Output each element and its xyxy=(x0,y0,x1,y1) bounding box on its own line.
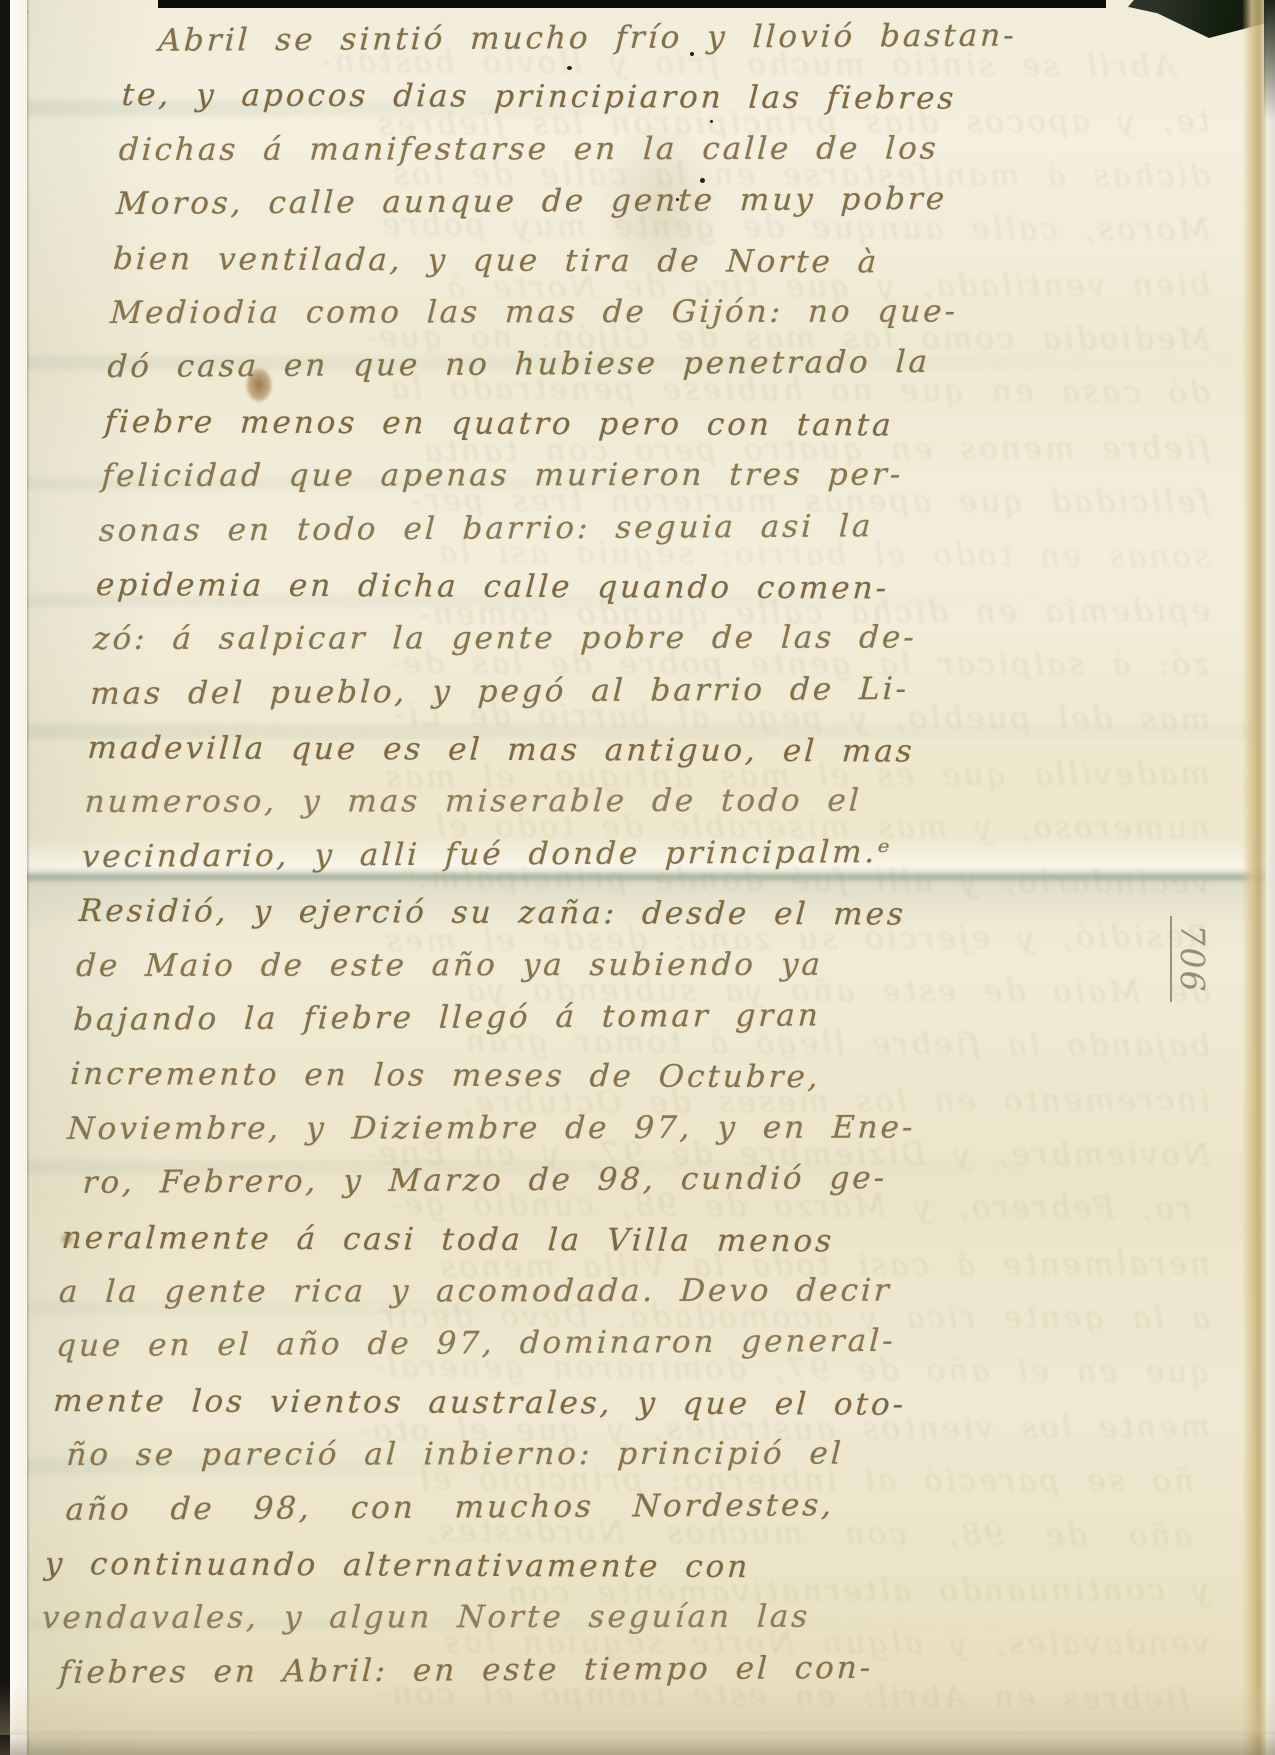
manuscript-line: y continuando alternativamente con xyxy=(43,1537,1106,1596)
manuscript-line: neralmente á casi toda la Villa menos xyxy=(60,1211,1123,1270)
manuscript-line: Residió, y ejerció su zaña: desde el mes xyxy=(77,884,1140,943)
manuscript-line: incremento en los meses de Octubre, xyxy=(69,1047,1132,1106)
manuscript-line: Abril se sintió mucho frío y llovió bast… xyxy=(123,8,1186,69)
manuscript-line: Noviembre, y Diziembre de 97, y en Ene- xyxy=(66,1100,1129,1156)
manuscript-line: mente los vientos australes, y que el ot… xyxy=(52,1374,1115,1433)
manuscript-line: dichas á manifestarse en la calle de los xyxy=(117,121,1180,177)
manuscript-line: te, y apocos dias principiaron las fiebr… xyxy=(120,68,1183,127)
manuscript-line: vendavales, y algun Norte seguían las xyxy=(41,1589,1104,1645)
manuscript-text: Abril se sintió mucho frío y llovió bast… xyxy=(38,14,1186,1700)
manuscript-line: que en el año de 97, dominaron general- xyxy=(55,1313,1118,1374)
manuscript-line: mas del pueblo, y pegó al barrio de Li- xyxy=(89,660,1152,721)
manuscript-line: sonas en todo el barrio: seguia asi la xyxy=(98,497,1161,558)
manuscript-line: madevilla que es el mas antiguo, el mas xyxy=(86,721,1149,780)
paper-edge-right xyxy=(1242,0,1266,1755)
manuscript-line: numeroso, y mas miserable de todo el xyxy=(83,774,1146,830)
manuscript-line: dó casa en que no hubiese penetrado la xyxy=(106,334,1169,395)
manuscript-line: ro, Febrero, y Marzo de 98, cundió ge- xyxy=(63,1150,1126,1211)
scan-edge-right xyxy=(1266,0,1275,1755)
manuscript-line: Mediodia como las mas de Gijón: no que- xyxy=(109,284,1172,340)
manuscript-line: fiebre menos en quatro pero con tanta xyxy=(103,395,1166,454)
manuscript-line: año de 98, con muchos Nordestes, xyxy=(46,1476,1109,1537)
paper-edge-left-shadow xyxy=(27,0,30,1755)
manuscript-line: a la gente rica y acomodada. Devo decir xyxy=(58,1263,1121,1319)
manuscript-line: zó: á salpicar la gente pobre de las de- xyxy=(92,610,1155,666)
manuscript-line: Moros, calle aunque de gente muy pobre xyxy=(115,171,1178,232)
folio-number: 706 xyxy=(1170,916,1212,1002)
manuscript-line: bien ventilada, y que tira de Norte à xyxy=(112,232,1175,291)
page-scan: Abril se sintió mucho frío y llovió bast… xyxy=(0,0,1275,1755)
manuscript-line: epidemia en dicha calle quando comen- xyxy=(95,558,1158,617)
manuscript-line: ño se pareció al inbierno: principió el xyxy=(49,1426,1112,1482)
scan-edge-left xyxy=(0,0,10,1755)
paper-bottom-band xyxy=(0,1683,1275,1735)
scan-corner-right-dark xyxy=(1264,0,1275,120)
paper-edge-left xyxy=(10,0,27,1755)
manuscript-line: bajando la fiebre llegó á tomar gran xyxy=(72,987,1135,1048)
manuscript-line: de Maio de este año ya subiendo ya xyxy=(75,937,1138,993)
scan-bottom-shadow xyxy=(0,1729,1275,1755)
manuscript-line: vecindario, y alli fué donde principalm.… xyxy=(81,823,1144,884)
manuscript-line: felicidad que apenas murieron tres per- xyxy=(100,447,1163,503)
scan-top-bar xyxy=(158,0,1106,8)
